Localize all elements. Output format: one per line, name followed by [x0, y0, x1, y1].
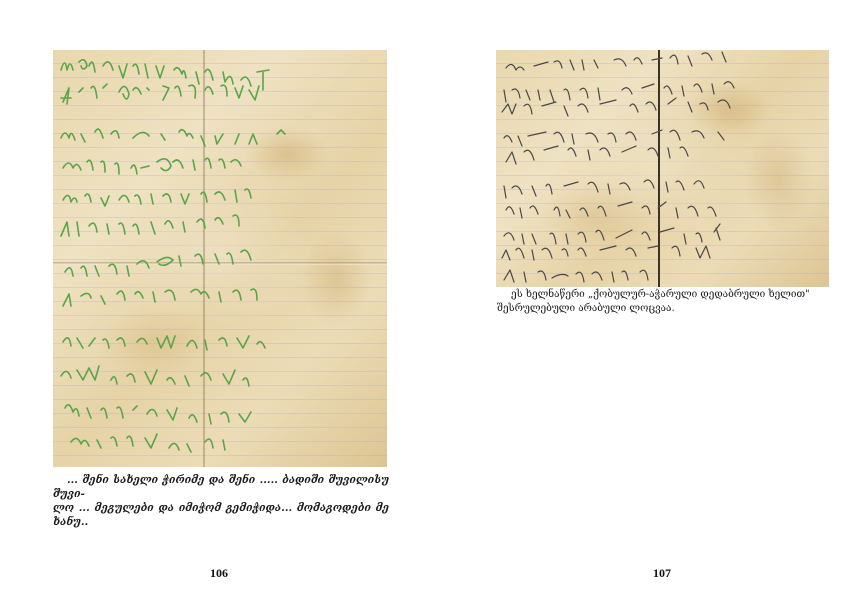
figure-caption: ეს ხელნაწერი „ქობულურ-აჭარული დედაბრული … [497, 288, 832, 316]
caption-line: შესრულებული არაბული ლოცვაა. [497, 302, 832, 316]
handwriting-strokes [53, 50, 387, 467]
left-page: ... შენი სახელი ჭირიმე და შენი ..... ბად… [0, 0, 432, 600]
caption-line: ეს ხელნაწერი „ქობულურ-აჭარული დედაბრული … [497, 288, 832, 302]
page-number: 106 [210, 566, 228, 581]
caption-line: ... შენი სახელი ჭირიმე და შენი ..... ბად… [53, 473, 389, 501]
green-ink-manuscript-image [53, 50, 387, 467]
caption-line: ლო ... მეგულები და იმიჭომ გემიჭიდა... მო… [53, 501, 389, 529]
right-page: ეს ხელნაწერი „ქობულურ-აჭარული დედაბრული … [432, 0, 864, 600]
page-number: 107 [653, 566, 671, 581]
handwriting-strokes [496, 50, 829, 287]
figure-caption: ... შენი სახელი ჭირიმე და შენი ..... ბად… [53, 473, 389, 529]
pencil-manuscript-image [496, 50, 829, 287]
